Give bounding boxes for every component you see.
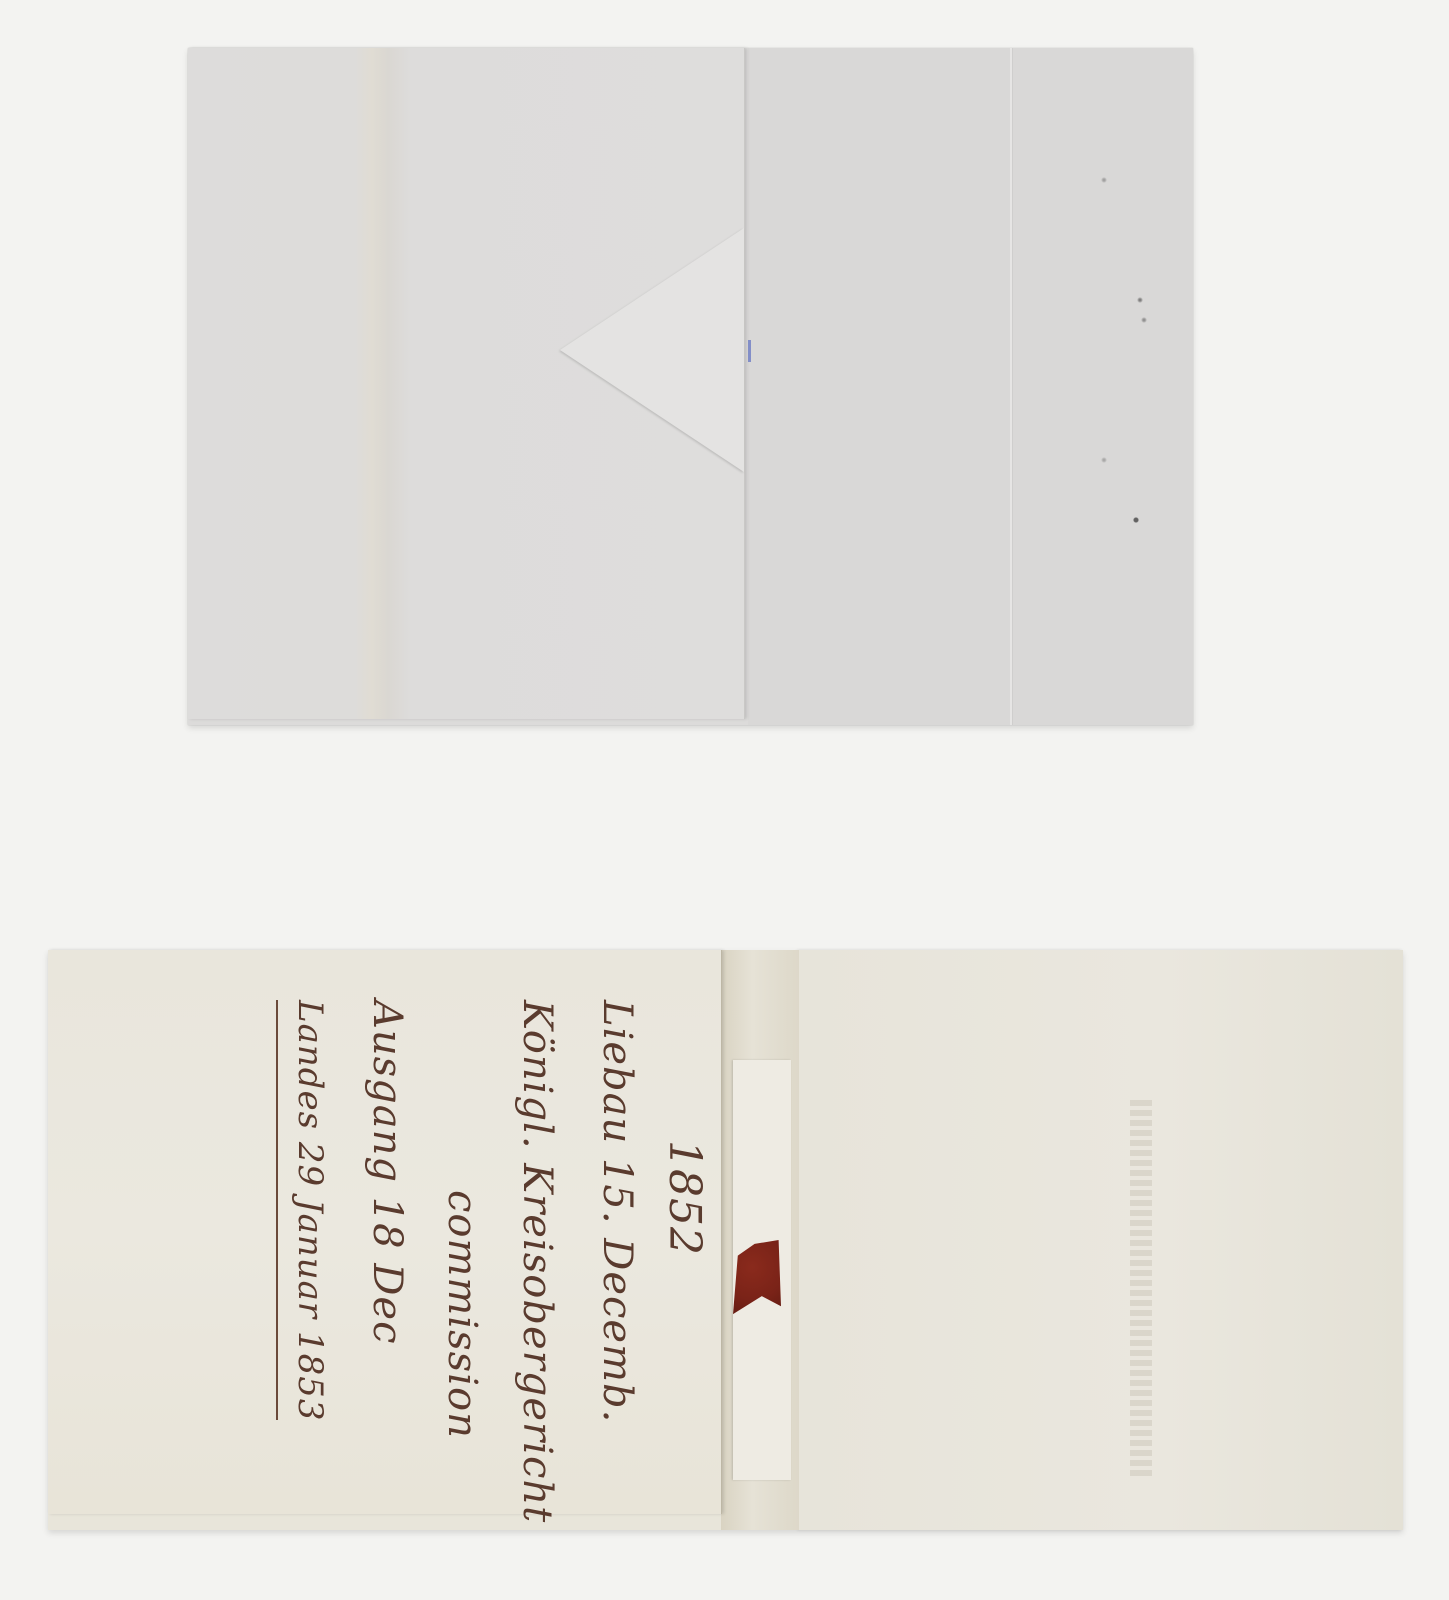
docket-line: Landes 29 Januar 1853 (290, 1000, 330, 1422)
docket-year: 1852 (659, 1140, 710, 1256)
docket-line: Ausgang 18 Dec (364, 1000, 410, 1344)
docket-line: commission (439, 1190, 485, 1439)
top-letter-fold-line (1010, 48, 1012, 725)
postmark-traces (1080, 140, 1160, 540)
triangular-fold-flap (560, 228, 744, 472)
printed-show-through (1130, 1100, 1152, 1480)
docket-line: Liebau 15. Decemb. (594, 1000, 640, 1423)
docket-line: Königl. Kreisobergericht (514, 1000, 560, 1523)
blue-ink-mark (748, 340, 751, 362)
docket-underline (276, 1000, 278, 1420)
handwritten-docket: 1852 Liebau 15. Decemb. Königl. Kreisobe… (250, 990, 720, 1500)
bottom-letter-right-panel (799, 950, 1403, 1530)
